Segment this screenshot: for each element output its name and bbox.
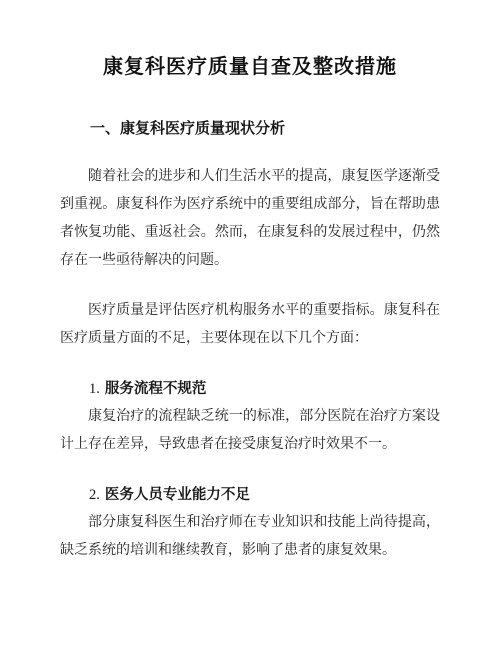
subsection-heading-staff-competence: 2.医务人员专业能力不足 xyxy=(60,481,440,509)
document-page: 康复科医疗质量自查及整改措施 一、康复科医疗质量现状分析 随着社会的进步和人们生… xyxy=(0,0,500,647)
paragraph-staff-competence: 部分康复科医生和治疗师在专业知识和技能上尚待提高，缺乏系统的培训和继续教育，影响… xyxy=(60,509,440,565)
paragraph-service-process: 康复治疗的流程缺乏统一的标准，部分医院在治疗方案设计上存在差异，导致患者在接受康… xyxy=(60,403,440,459)
paragraph-intro: 随着社会的进步和人们生活水平的提高，康复医学逐渐受到重视。康复科作为医疗系统中的… xyxy=(60,163,440,275)
document-title: 康复科医疗质量自查及整改措施 xyxy=(60,52,440,82)
subsection-number: 2. xyxy=(89,487,100,503)
section-heading-analysis: 一、康复科医疗质量现状分析 xyxy=(60,115,440,143)
subsection-heading-service-process: 1.服务流程不规范 xyxy=(60,375,440,403)
subsection-title: 服务流程不规范 xyxy=(105,381,207,397)
subsection-title: 医务人员专业能力不足 xyxy=(105,487,250,503)
paragraph-quality-overview: 医疗质量是评估医疗机构服务水平的重要指标。康复科在医疗质量方面的不足，主要体现在… xyxy=(60,297,440,353)
subsection-number: 1. xyxy=(89,381,100,397)
